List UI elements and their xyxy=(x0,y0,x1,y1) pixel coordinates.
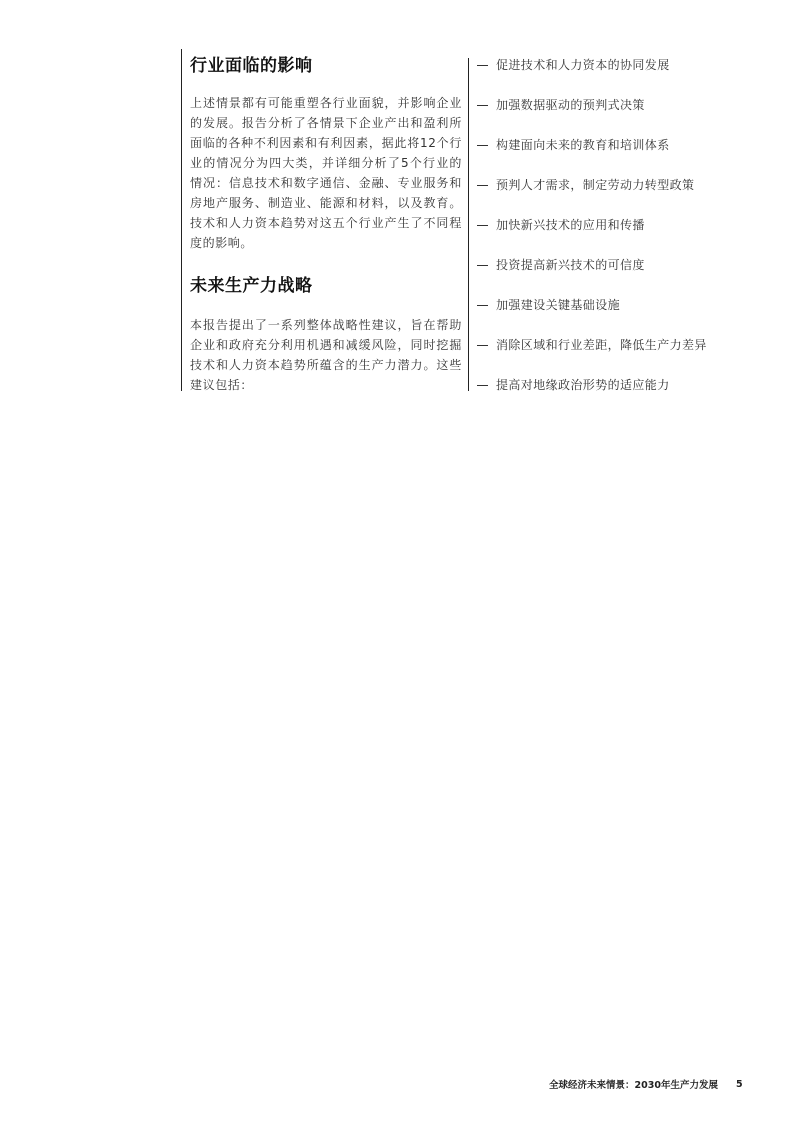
list-item-text: 促进技术和人力资本的协同发展 xyxy=(496,55,670,75)
dash-bullet-icon xyxy=(477,305,488,306)
dash-bullet-icon xyxy=(477,345,488,346)
list-item-text: 消除区域和行业差距，降低生产力差异 xyxy=(496,335,707,355)
list-item: 加快新兴技术的应用和传播 xyxy=(477,215,707,255)
dash-bullet-icon xyxy=(477,265,488,266)
list-item-text: 预判人才需求，制定劳动力转型政策 xyxy=(496,175,694,195)
list-item: 提高对地缘政治形势的适应能力 xyxy=(477,375,707,415)
section-body-industry-impact: 上述情景都有可能重塑各行业面貌，并影响企业的发展。报告分析了各情景下企业产出和盈… xyxy=(190,93,462,253)
dash-bullet-icon xyxy=(477,105,488,106)
footer-document-title: 全球经济未来情景：2030年生产力发展 xyxy=(549,1077,718,1091)
section-body-productivity-strategy: 本报告提出了一系列整体战略性建议，旨在帮助企业和政府充分利用机遇和减缓风险，同时… xyxy=(190,315,462,395)
list-item: 预判人才需求，制定劳动力转型政策 xyxy=(477,175,707,215)
page-footer: 全球经济未来情景：2030年生产力发展 5 xyxy=(549,1077,743,1091)
list-item-text: 加强建设关键基础设施 xyxy=(496,295,620,315)
dash-bullet-icon xyxy=(477,185,488,186)
list-item: 加强数据驱动的预判式决策 xyxy=(477,95,707,135)
list-item-text: 加快新兴技术的应用和传播 xyxy=(496,215,645,235)
dash-bullet-icon xyxy=(477,385,488,386)
left-column-rule xyxy=(181,49,182,391)
list-item: 加强建设关键基础设施 xyxy=(477,295,707,335)
list-item: 促进技术和人力资本的协同发展 xyxy=(477,55,707,95)
section-heading-productivity-strategy: 未来生产力战略 xyxy=(190,273,313,299)
list-item-text: 加强数据驱动的预判式决策 xyxy=(496,95,645,115)
list-item: 构建面向未来的教育和培训体系 xyxy=(477,135,707,175)
dash-bullet-icon xyxy=(477,225,488,226)
recommendations-list: 促进技术和人力资本的协同发展 加强数据驱动的预判式决策 构建面向未来的教育和培训… xyxy=(477,55,707,415)
list-item-text: 投资提高新兴技术的可信度 xyxy=(496,255,645,275)
list-item-text: 构建面向未来的教育和培训体系 xyxy=(496,135,670,155)
page-number: 5 xyxy=(736,1079,743,1090)
middle-column-rule xyxy=(468,58,469,391)
dash-bullet-icon xyxy=(477,145,488,146)
list-item: 投资提高新兴技术的可信度 xyxy=(477,255,707,295)
list-item-text: 提高对地缘政治形势的适应能力 xyxy=(496,375,670,395)
section-heading-industry-impact: 行业面临的影响 xyxy=(190,53,313,79)
list-item: 消除区域和行业差距，降低生产力差异 xyxy=(477,335,707,375)
dash-bullet-icon xyxy=(477,65,488,66)
